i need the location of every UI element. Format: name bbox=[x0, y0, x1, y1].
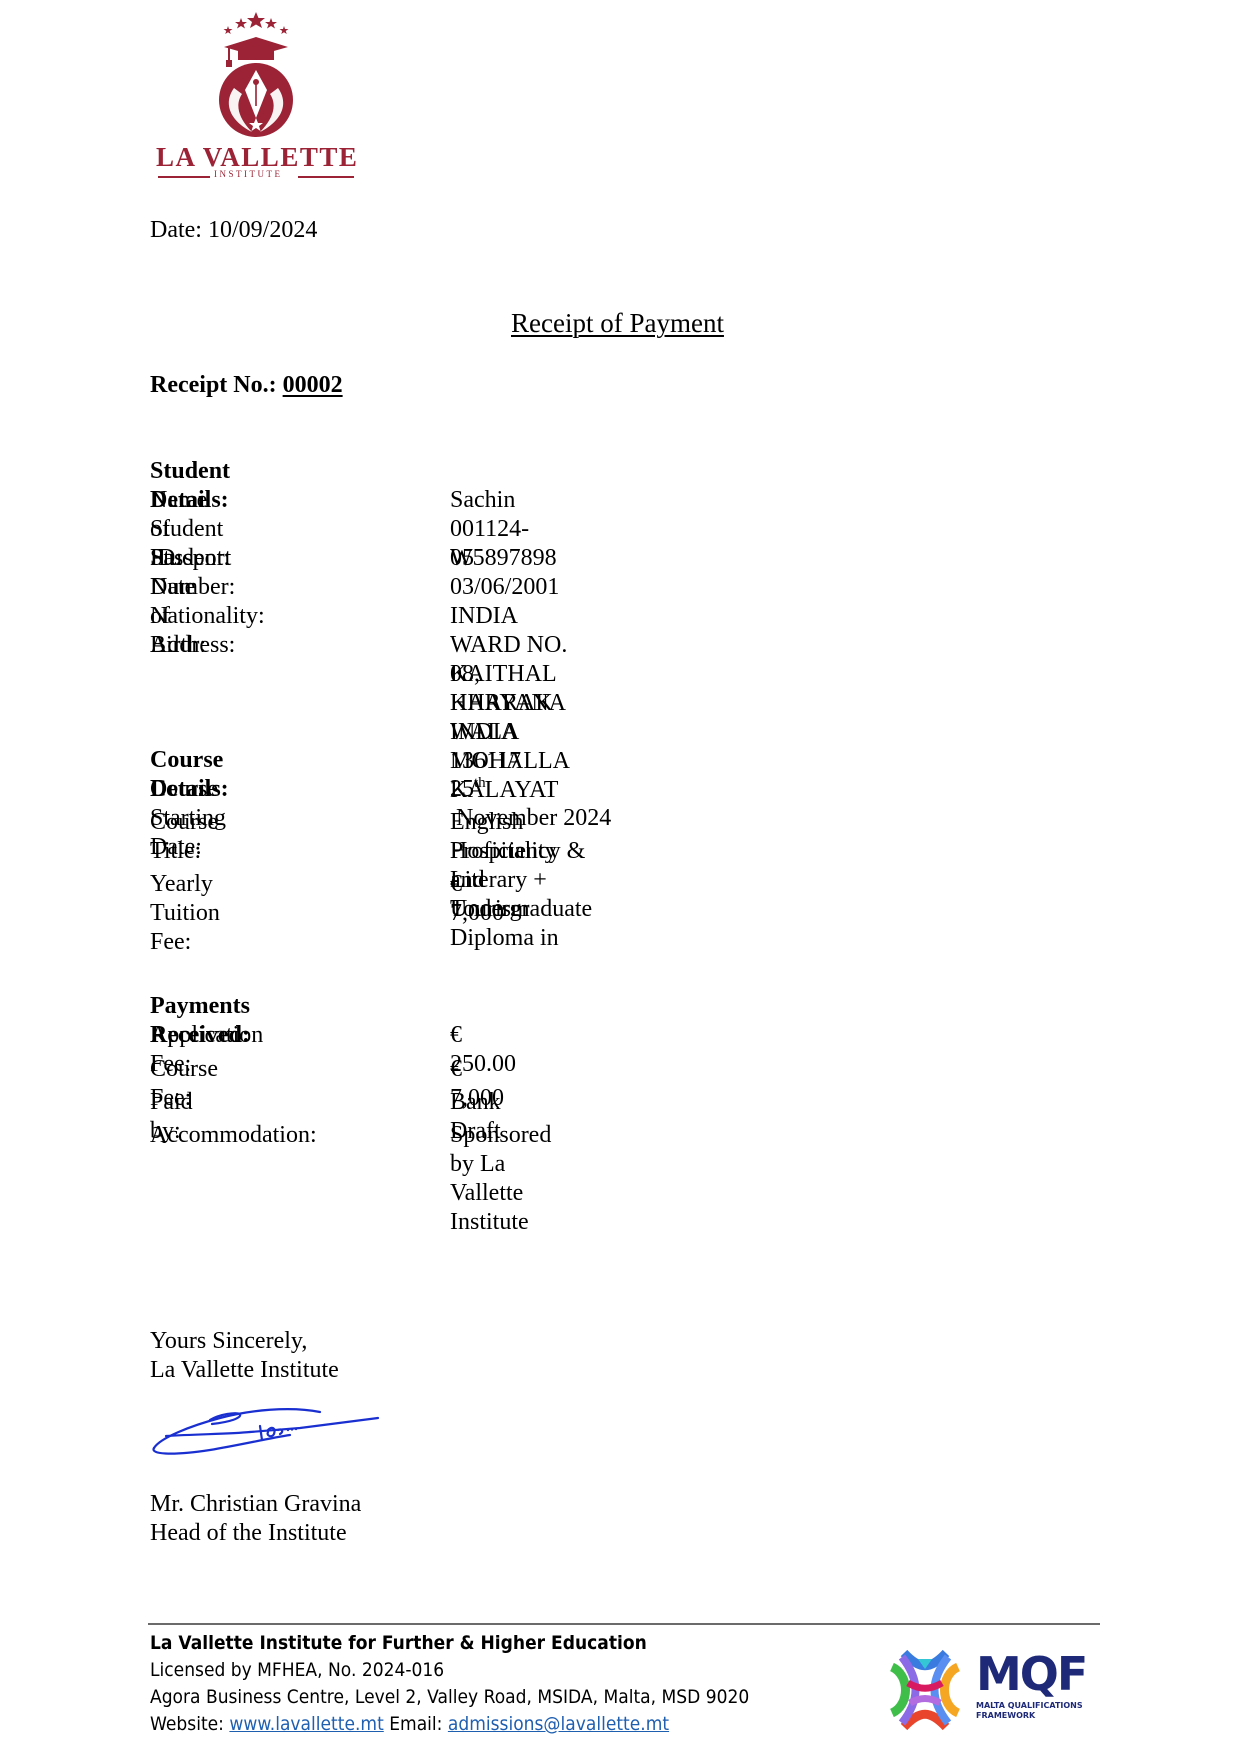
signer-block: Mr. Christian Gravina Head of the Instit… bbox=[150, 1490, 361, 1548]
signature-icon bbox=[150, 1398, 380, 1460]
receipt-number-value: 00002 bbox=[283, 372, 343, 398]
footer-institution: La Vallette Institute for Further & High… bbox=[150, 1630, 749, 1657]
detail-label: Course Title: bbox=[150, 808, 218, 866]
website-link[interactable]: www.lavallette.mt bbox=[229, 1713, 383, 1735]
date-label: Date: bbox=[150, 217, 202, 243]
footer-contact: Website: www.lavallette.mt Email: admiss… bbox=[150, 1711, 749, 1738]
footer-divider bbox=[148, 1623, 1100, 1625]
date-value: 10/09/2024 bbox=[208, 217, 317, 243]
detail-label: Accommodation: bbox=[150, 1121, 317, 1150]
detail-value: € 7,000 bbox=[450, 870, 504, 928]
detail-value: W5897898 bbox=[450, 544, 557, 573]
logo-subtitle: INSTITUTE bbox=[214, 169, 283, 179]
detail-value: 03/06/2001 bbox=[450, 573, 559, 602]
closing-block: Yours Sincerely, La Vallette Institute bbox=[150, 1327, 339, 1385]
mqf-emblem-icon bbox=[880, 1645, 970, 1735]
footer: La Vallette Institute for Further & High… bbox=[150, 1630, 816, 1738]
page-title: Receipt of Payment bbox=[511, 309, 724, 338]
footer-address: Agora Business Centre, Level 2, Valley R… bbox=[150, 1684, 749, 1711]
email-link[interactable]: admissions@lavallette.mt bbox=[448, 1713, 669, 1735]
closing-organization: La Vallette Institute bbox=[150, 1356, 339, 1385]
receipt-number-label: Receipt No.: bbox=[150, 372, 277, 398]
start-day: 25 bbox=[450, 776, 474, 802]
closing-salutation: Yours Sincerely, bbox=[150, 1327, 339, 1356]
mqf-line1: MALTA QUALIFICATIONS bbox=[976, 1701, 1083, 1711]
detail-value-continued: KAITHAL HARYANA INDIA 136117 bbox=[450, 660, 565, 776]
detail-label: Address: bbox=[150, 631, 235, 660]
signer-position: Head of the Institute bbox=[150, 1519, 361, 1548]
logo-rule-right bbox=[298, 176, 354, 178]
website-label: Website: bbox=[150, 1713, 224, 1735]
mqf-logo: MQF MALTA QUALIFICATIONS FRAMEWORK bbox=[880, 1645, 1100, 1735]
logo-rule-left bbox=[158, 176, 210, 178]
detail-label: Nationality: bbox=[150, 602, 265, 631]
document-date: Date: 10/09/2024 bbox=[150, 216, 317, 245]
detail-value: INDIA bbox=[450, 602, 518, 631]
footer-license: Licensed by MFHEA, No. 2024-016 bbox=[150, 1657, 749, 1684]
detail-label: Yearly Tuition Fee: bbox=[150, 870, 220, 957]
receipt-number: Receipt No.: 00002 bbox=[150, 371, 343, 400]
start-day-suffix: th bbox=[474, 775, 486, 791]
email-label: Email: bbox=[389, 1713, 442, 1735]
mqf-acronym: MQF bbox=[976, 1651, 1086, 1697]
mqf-line2: FRAMEWORK bbox=[976, 1711, 1035, 1721]
signer-name: Mr. Christian Gravina bbox=[150, 1490, 361, 1519]
detail-value: Sachin bbox=[450, 486, 515, 515]
detail-value: Sponsored by La Vallette Institute bbox=[450, 1121, 551, 1237]
